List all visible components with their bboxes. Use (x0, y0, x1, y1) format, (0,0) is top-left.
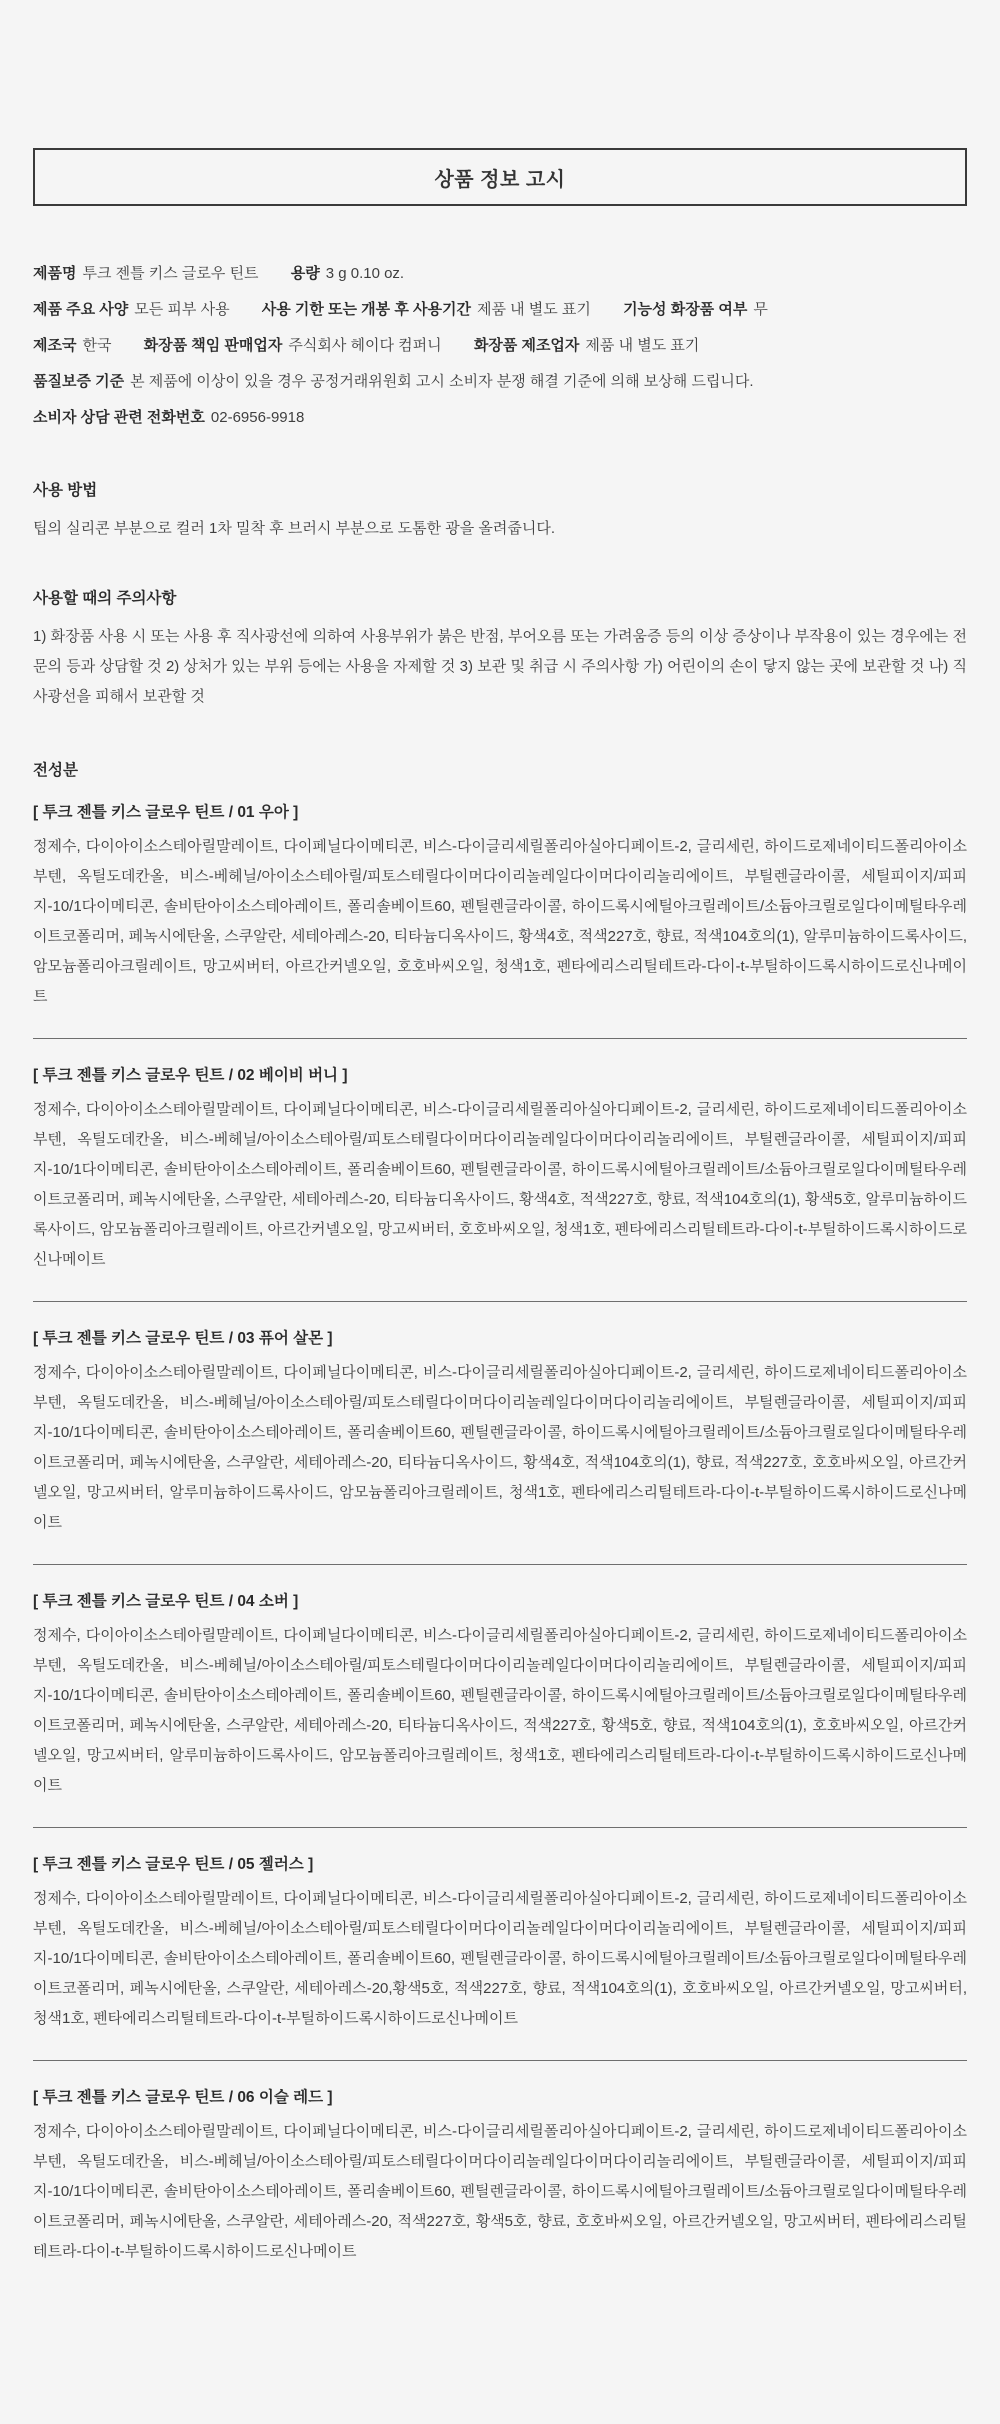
ingredient-section-06: [ 투크 젠틀 키스 글로우 틴트 / 06 이슬 레드 ] 정제수, 다이아이… (33, 2085, 967, 2267)
ingredient-section-05: [ 투크 젠틀 키스 글로우 틴트 / 05 젤러스 ] 정제수, 다이아이소스… (33, 1852, 967, 2034)
shade-heading: [ 투크 젠틀 키스 글로우 틴트 / 06 이슬 레드 ] (33, 2085, 967, 2107)
info-label: 품질보증 기준 (33, 373, 124, 390)
info-label: 화장품 책임 판매업자 (144, 337, 283, 354)
info-label: 용량 (291, 265, 320, 282)
caution-body: 1) 화장품 사용 시 또는 사용 후 직사광선에 의하여 사용부위가 붉은 반… (33, 622, 967, 712)
ingredient-list: 정제수, 다이아이소스테아릴말레이트, 다이페닐다이메티콘, 비스-다이글리세릴… (33, 1358, 967, 1538)
title-box: 상품 정보 고시 (33, 148, 967, 206)
info-label: 제품명 (33, 265, 76, 282)
info-value: 제품 내 별도 표기 (585, 337, 699, 354)
info-label: 화장품 제조업자 (474, 337, 580, 354)
info-label: 사용 기한 또는 개봉 후 사용기간 (262, 301, 471, 318)
info-value: 3 g 0.10 oz. (326, 265, 404, 282)
shade-heading: [ 투크 젠틀 키스 글로우 틴트 / 02 베이비 버니 ] (33, 1063, 967, 1085)
info-line-manufacturer: 제조국한국 화장품 책임 판매업자주식회사 헤이다 컴퍼니 화장품 제조업자제품… (33, 328, 967, 364)
info-pair: 제조국한국 (33, 337, 111, 354)
section-divider (33, 1827, 967, 1828)
caution-section: 사용할 때의 주의사항 1) 화장품 사용 시 또는 사용 후 직사광선에 의하… (33, 586, 967, 712)
info-pair: 사용 기한 또는 개봉 후 사용기간제품 내 별도 표기 (262, 301, 591, 318)
usage-section: 사용 방법 팁의 실리콘 부분으로 컬러 1차 밀착 후 브러시 부분으로 도톰… (33, 478, 967, 544)
info-value: 본 제품에 이상이 있을 경우 공정거래위원회 고시 소비자 분쟁 해결 기준에… (130, 373, 753, 390)
shade-heading: [ 투크 젠틀 키스 글로우 틴트 / 04 소버 ] (33, 1589, 967, 1611)
info-value: 제품 내 별도 표기 (477, 301, 591, 318)
info-line-warranty: 품질보증 기준본 제품에 이상이 있을 경우 공정거래위원회 고시 소비자 분쟁… (33, 364, 967, 400)
ingredient-section-03: [ 투크 젠틀 키스 글로우 틴트 / 03 퓨어 살몬 ] 정제수, 다이아이… (33, 1326, 967, 1538)
info-pair: 화장품 책임 판매업자주식회사 헤이다 컴퍼니 (144, 337, 442, 354)
page-title: 상품 정보 고시 (434, 163, 565, 192)
shade-heading: [ 투크 젠틀 키스 글로우 틴트 / 05 젤러스 ] (33, 1852, 967, 1874)
info-pair: 화장품 제조업자제품 내 별도 표기 (474, 337, 700, 354)
shade-heading: [ 투크 젠틀 키스 글로우 틴트 / 01 우아 ] (33, 800, 967, 822)
info-pair: 용량3 g 0.10 oz. (291, 265, 404, 282)
ingredients-section: 전성분 [ 투크 젠틀 키스 글로우 틴트 / 01 우아 ] 정제수, 다이아… (33, 758, 967, 2267)
ingredient-section-01: [ 투크 젠틀 키스 글로우 틴트 / 01 우아 ] 정제수, 다이아이소스테… (33, 800, 967, 1012)
section-divider (33, 1301, 967, 1302)
info-value: 모든 피부 사용 (134, 301, 229, 318)
section-divider (33, 2060, 967, 2061)
info-pair: 제품 주요 사양모든 피부 사용 (33, 301, 230, 318)
info-label: 제조국 (33, 337, 76, 354)
ingredient-section-04: [ 투크 젠틀 키스 글로우 틴트 / 04 소버 ] 정제수, 다이아이소스테… (33, 1589, 967, 1801)
ingredient-list: 정제수, 다이아이소스테아릴말레이트, 다이페닐다이메티콘, 비스-다이글리세릴… (33, 2117, 967, 2267)
shade-heading: [ 투크 젠틀 키스 글로우 틴트 / 03 퓨어 살몬 ] (33, 1326, 967, 1348)
info-value: 주식회사 헤이다 컴퍼니 (288, 337, 441, 354)
info-label: 기능성 화장품 여부 (623, 301, 747, 318)
ingredient-list: 정제수, 다이아이소스테아릴말레이트, 다이페닐다이메티콘, 비스-다이글리세릴… (33, 1884, 967, 2034)
info-value: 한국 (82, 337, 111, 354)
ingredient-list: 정제수, 다이아이소스테아릴말레이트, 다이페닐다이메티콘, 비스-다이글리세릴… (33, 1095, 967, 1275)
info-line-specs: 제품 주요 사양모든 피부 사용 사용 기한 또는 개봉 후 사용기간제품 내 … (33, 292, 967, 328)
phone-number: 02-6956-9918 (211, 409, 304, 426)
info-pair: 제품명투크 젠틀 키스 글로우 틴트 (33, 265, 259, 282)
section-divider (33, 1564, 967, 1565)
info-value: 무 (753, 301, 768, 318)
info-value: 투크 젠틀 키스 글로우 틴트 (82, 265, 258, 282)
product-info-block: 제품명투크 젠틀 키스 글로우 틴트 용량3 g 0.10 oz. 제품 주요 … (33, 256, 967, 436)
product-notice-page: 상품 정보 고시 제품명투크 젠틀 키스 글로우 틴트 용량3 g 0.10 o… (0, 0, 1000, 2307)
section-divider (33, 1038, 967, 1039)
info-line-phone: 소비자 상담 관련 전화번호02-6956-9918 (33, 400, 967, 436)
ingredient-section-02: [ 투크 젠틀 키스 글로우 틴트 / 02 베이비 버니 ] 정제수, 다이아… (33, 1063, 967, 1275)
ingredient-list: 정제수, 다이아이소스테아릴말레이트, 다이페닐다이메티콘, 비스-다이글리세릴… (33, 832, 967, 1012)
usage-heading: 사용 방법 (33, 478, 967, 500)
info-label: 제품 주요 사양 (33, 301, 128, 318)
info-pair: 품질보증 기준본 제품에 이상이 있을 경우 공정거래위원회 고시 소비자 분쟁… (33, 373, 754, 390)
usage-body: 팁의 실리콘 부분으로 컬러 1차 밀착 후 브러시 부분으로 도톰한 광을 올… (33, 514, 967, 544)
info-pair: 소비자 상담 관련 전화번호02-6956-9918 (33, 409, 304, 426)
info-line-product-name: 제품명투크 젠틀 키스 글로우 틴트 용량3 g 0.10 oz. (33, 256, 967, 292)
info-label: 소비자 상담 관련 전화번호 (33, 409, 205, 426)
info-pair: 기능성 화장품 여부무 (623, 301, 768, 318)
caution-heading: 사용할 때의 주의사항 (33, 586, 967, 608)
ingredients-heading: 전성분 (33, 758, 967, 780)
ingredient-list: 정제수, 다이아이소스테아릴말레이트, 다이페닐다이메티콘, 비스-다이글리세릴… (33, 1621, 967, 1801)
